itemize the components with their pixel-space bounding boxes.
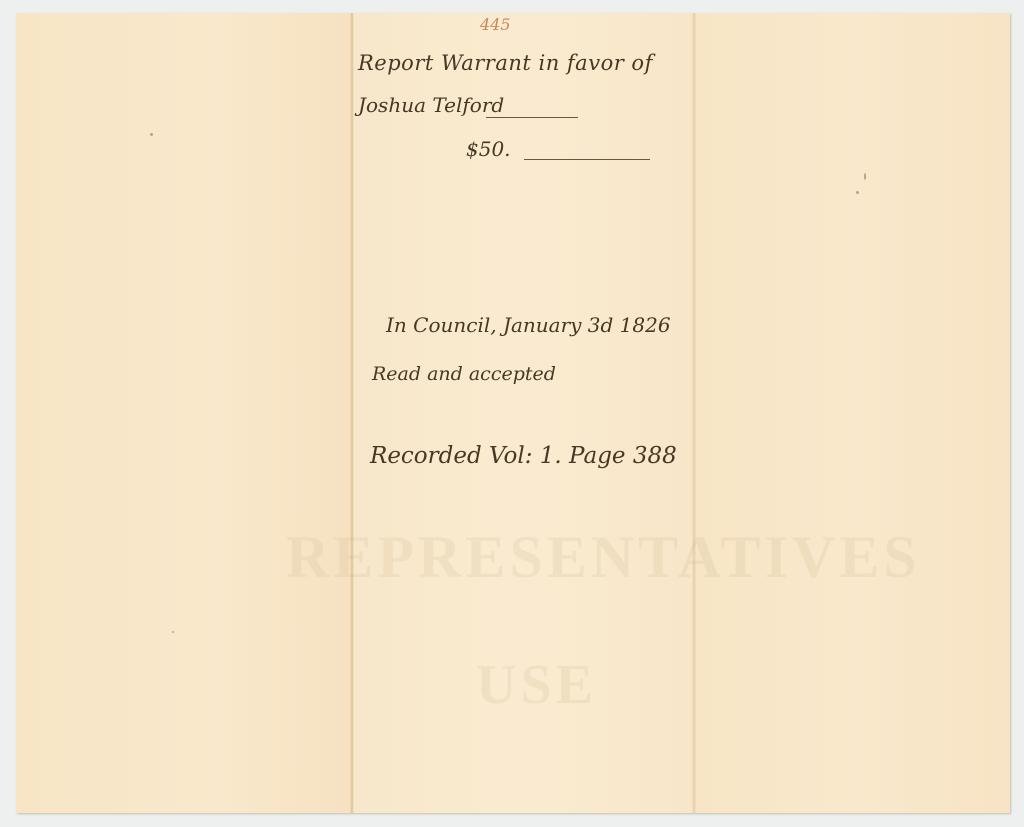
record-reference: Recorded Vol: 1. Page 388 [370, 443, 677, 469]
left-fold-panel [16, 13, 352, 813]
council-date: In Council, January 3d 1826 [386, 313, 671, 337]
paper-speck [172, 631, 174, 633]
council-action: Read and accepted [372, 363, 556, 385]
manuscript-sheet: REPRESENTATIVES USE 445 Report Warrant i… [16, 13, 1010, 813]
center-fold-panel [352, 13, 694, 813]
folio-number: 445 [480, 15, 511, 34]
paper-speck [864, 173, 866, 180]
document-viewer: REPRESENTATIVES USE 445 Report Warrant i… [0, 0, 1024, 827]
left-fold-crease [350, 13, 354, 813]
paper-speck [150, 133, 153, 136]
docket-payee-name: Joshua Telford [358, 93, 504, 117]
right-fold-crease [692, 13, 696, 813]
amount-underline [524, 159, 650, 160]
paper-speck [856, 191, 859, 194]
docket-title: Report Warrant in favor of [358, 51, 653, 75]
payee-underline [486, 117, 578, 118]
right-fold-panel [694, 13, 1010, 813]
docket-amount: $50. [466, 137, 511, 161]
